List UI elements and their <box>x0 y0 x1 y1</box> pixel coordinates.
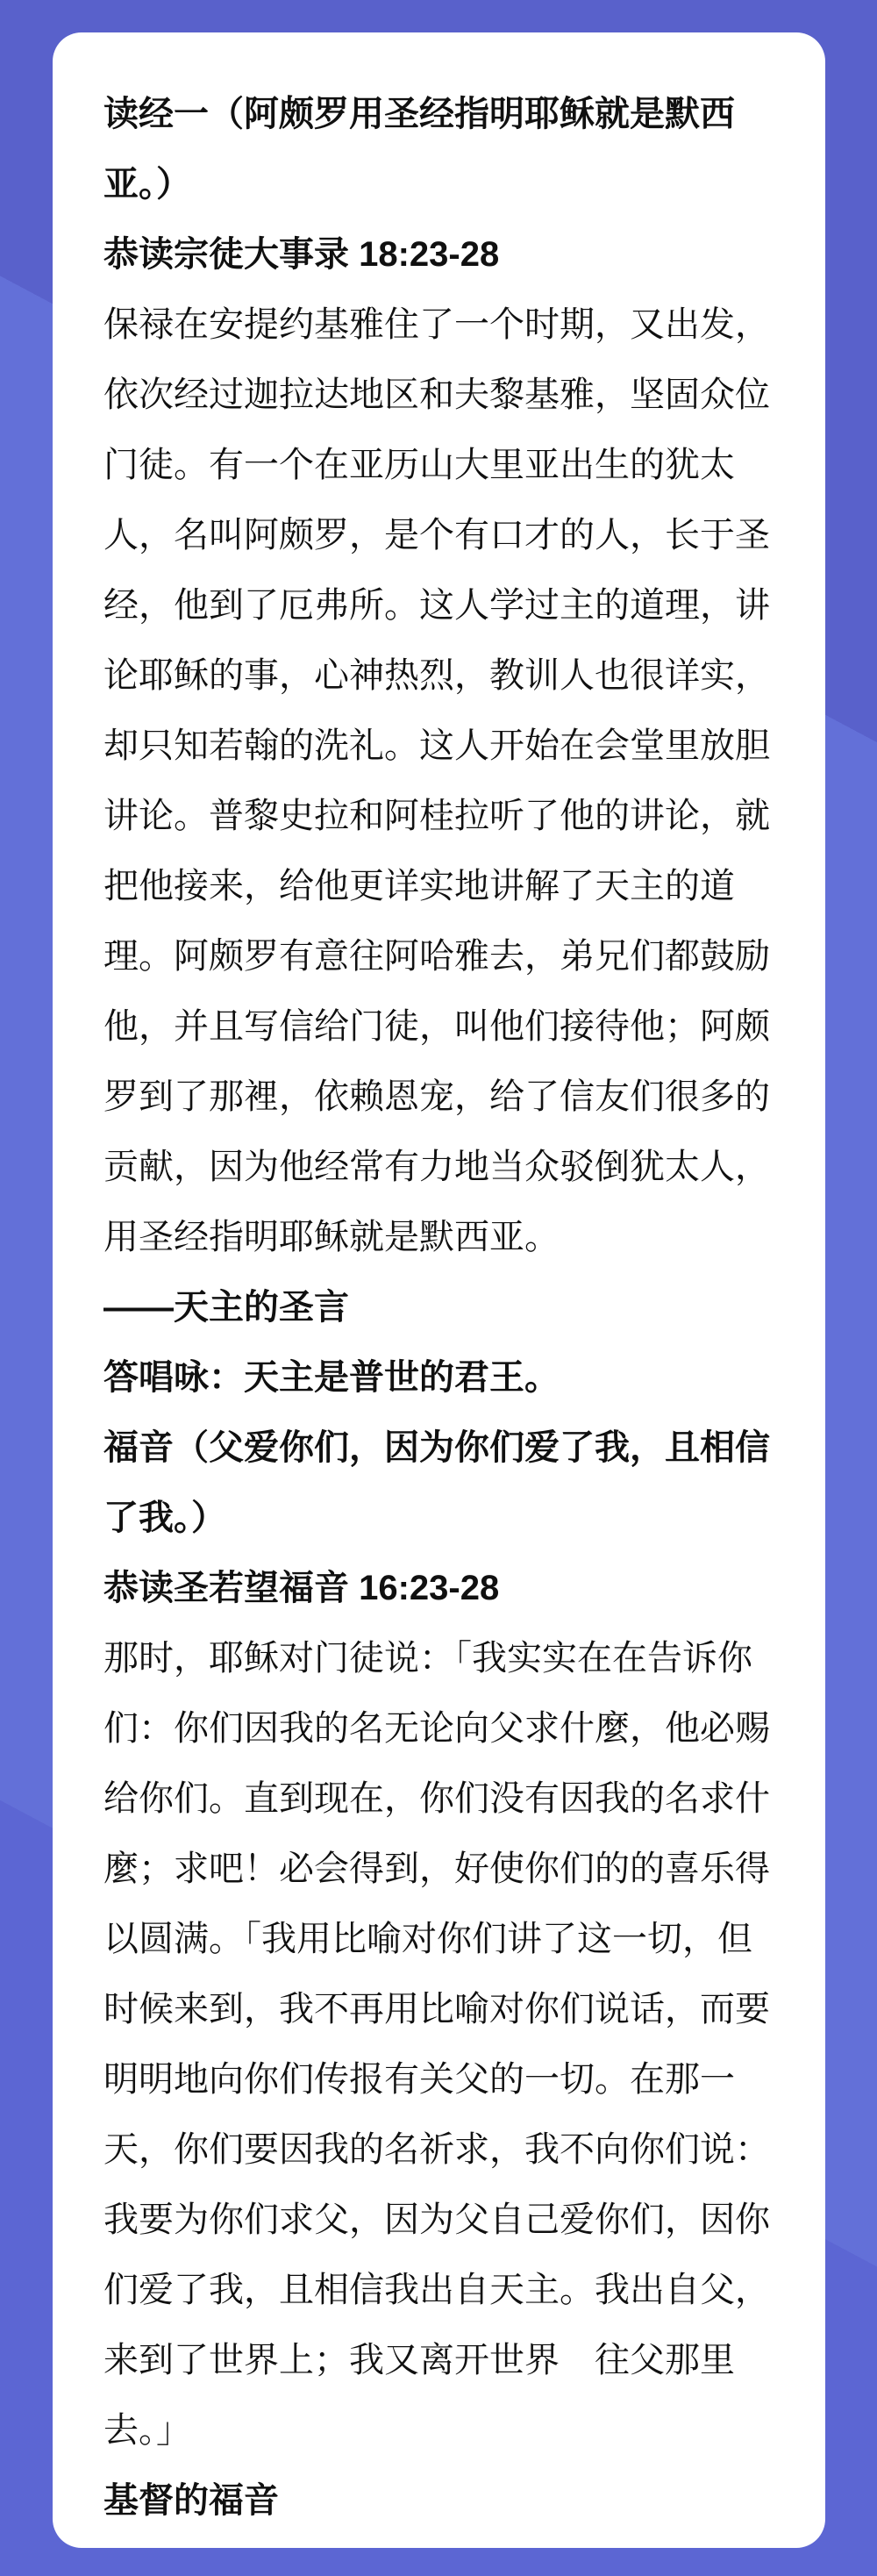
text-line: 来到了世界上；我又离开世界 往父那里 <box>103 2325 775 2395</box>
text-line: 们：你们因我的名无论向父求什麼，他必赐 <box>103 1693 775 1764</box>
text-line: 恭读宗徒大事录 18:23-28 <box>103 219 775 290</box>
text-line: 罗到了那裡，依赖恩宠，给了信友们很多的 <box>103 1062 775 1132</box>
text-line: 保禄在安提约基雅住了一个时期，又出发， <box>103 290 775 360</box>
text-line: 讲论。普黎史拉和阿桂拉听了他的讲论，就 <box>103 781 775 851</box>
text-line: 福音（父爱你们，因为你们爱了我，且相信 <box>103 1413 775 1483</box>
reading-text: 读经一（阿颇罗用圣经指明耶稣就是默西亚。）恭读宗徒大事录 18:23-28保禄在… <box>103 79 775 2536</box>
text-line: 理。阿颇罗有意往阿哈雅去，弟兄们都鼓励 <box>103 921 775 991</box>
text-line: 给你们。直到现在，你们没有因我的名求什 <box>103 1764 775 1834</box>
page-background: 读经一（阿颇罗用圣经指明耶稣就是默西亚。）恭读宗徒大事录 18:23-28保禄在… <box>0 0 877 2576</box>
text-line: 亚。） <box>103 149 775 219</box>
text-line: 们爱了我，且相信我出自天主。我出自父， <box>103 2255 775 2325</box>
text-line: 依次经过迦拉达地区和夫黎基雅，坚固众位 <box>103 360 775 430</box>
text-line: 人，名叫阿颇罗，是个有口才的人，长于圣 <box>103 500 775 570</box>
text-line: 门徒。有一个在亚历山大里亚出生的犹太 <box>103 430 775 500</box>
text-line: 恭读圣若望福音 16:23-28 <box>103 1553 775 1623</box>
text-line: 他，并且写信给门徒，叫他们接待他；阿颇 <box>103 991 775 1062</box>
text-line: 贡献，因为他经常有力地当众驳倒犹太人， <box>103 1132 775 1202</box>
text-line: 基督的福音 <box>103 2465 775 2536</box>
text-line: 以圆满。「我用比喻对你们讲了这一切，但 <box>103 1904 775 1974</box>
text-line: 论耶稣的事，心神热烈，教训人也很详实， <box>103 640 775 711</box>
text-line: 麼；求吧！必会得到，好使你们的的喜乐得 <box>103 1834 775 1904</box>
reading-card: 读经一（阿颇罗用圣经指明耶稣就是默西亚。）恭读宗徒大事录 18:23-28保禄在… <box>53 32 825 2548</box>
text-line: 把他接来，给他更详实地讲解了天主的道 <box>103 851 775 921</box>
text-line: 答唱咏：天主是普世的君王。 <box>103 1342 775 1413</box>
text-line: 了我。） <box>103 1483 775 1553</box>
text-line: 用圣经指明耶稣就是默西亚。 <box>103 1202 775 1272</box>
text-line: 读经一（阿颇罗用圣经指明耶稣就是默西 <box>103 79 775 149</box>
text-line: 天，你们要因我的名祈求，我不向你们说： <box>103 2114 775 2185</box>
text-line: 时候来到，我不再用比喻对你们说话，而要 <box>103 1974 775 2044</box>
text-line: 明明地向你们传报有关父的一切。在那一 <box>103 2044 775 2114</box>
text-line: 去。」 <box>103 2395 775 2465</box>
text-line: 经，他到了厄弗所。这人学过主的道理，讲 <box>103 570 775 640</box>
text-line: ——天主的圣言 <box>103 1272 775 1342</box>
text-line: 却只知若翰的洗礼。这人开始在会堂里放胆 <box>103 711 775 781</box>
text-line: 我要为你们求父，因为父自己爱你们，因你 <box>103 2185 775 2255</box>
text-line: 那时，耶稣对门徒说：「我实实在在告诉你 <box>103 1623 775 1693</box>
